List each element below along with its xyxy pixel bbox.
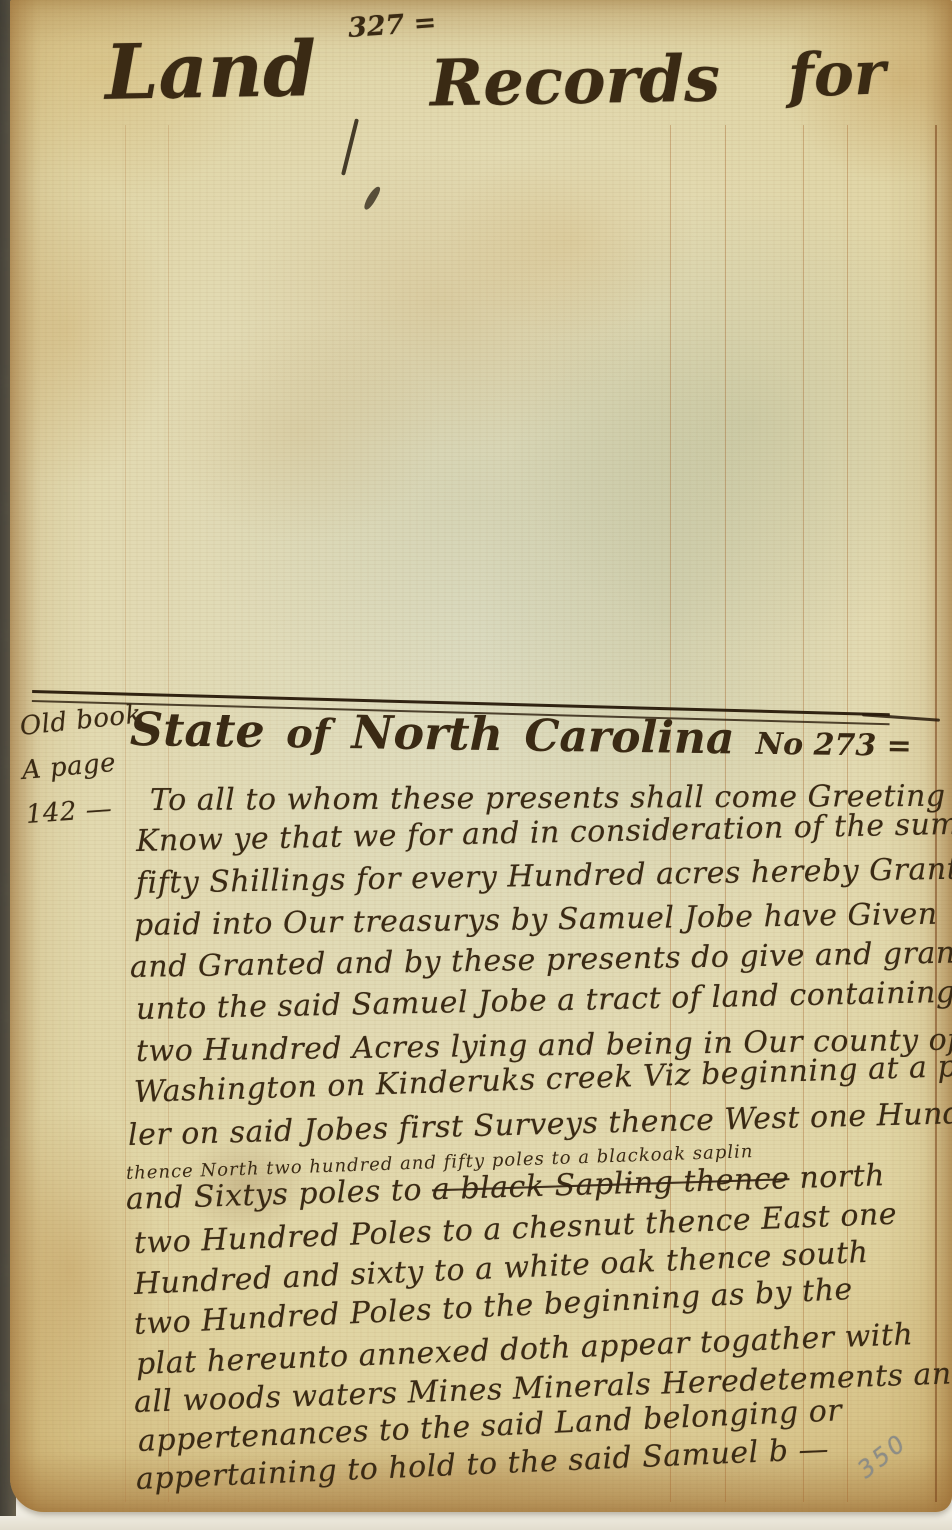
manuscript-page: Land 327 = Records for Old book A page 1… — [10, 0, 952, 1512]
record-heading: State of North Carolina No 273 = — [130, 702, 913, 767]
ink-blot — [362, 185, 382, 212]
heading-word: North — [351, 705, 503, 761]
header-title-records: Records — [429, 41, 720, 121]
heading-word: Carolina — [524, 711, 735, 765]
page-number-top: 327 = — [347, 7, 437, 44]
header-title-for: for — [787, 38, 887, 111]
ink-blot — [341, 118, 359, 175]
header-title-land: Land — [104, 24, 317, 117]
heading-word: of — [286, 710, 331, 758]
strike-post: north — [789, 1158, 886, 1196]
heading-word: State — [130, 702, 266, 758]
grant-number: No 273 = — [756, 727, 913, 764]
page-number-bottom-pencil: 350 — [852, 1428, 912, 1484]
margin-note-line2: A page — [21, 748, 117, 786]
scanned-document: Land 327 = Records for Old book A page 1… — [0, 0, 952, 1530]
column-rule — [125, 125, 126, 1502]
text-line: fifty Shillings for every Hundred acres … — [136, 851, 952, 901]
margin-note-line3: 142 — — [25, 794, 113, 830]
text-line: paid into Our treasurys by Samuel Jobe h… — [134, 897, 938, 943]
